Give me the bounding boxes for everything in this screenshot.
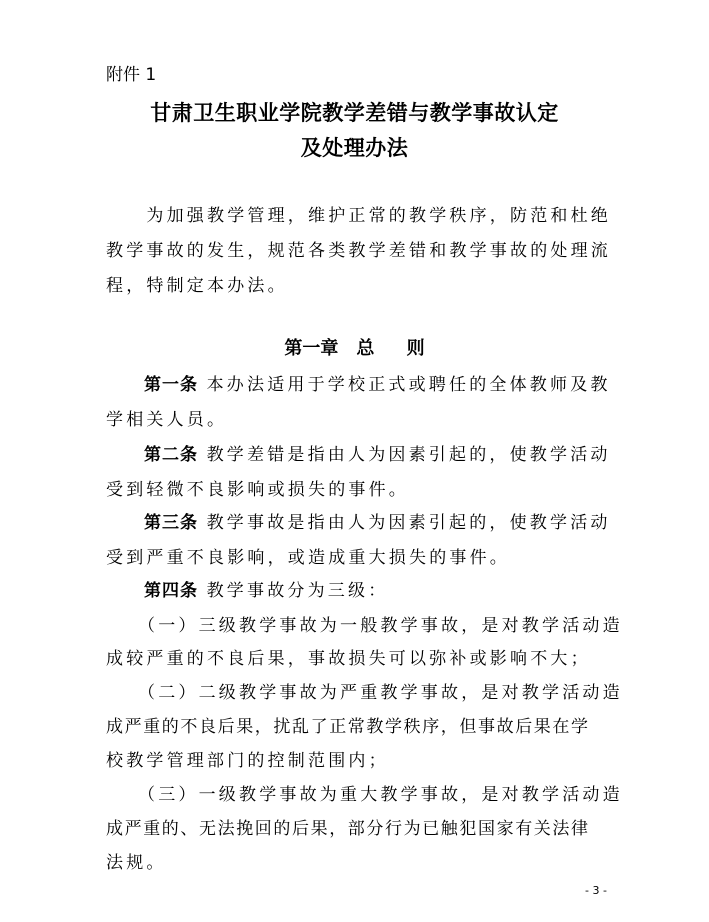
article-label: 第二条	[144, 445, 198, 465]
article-text: 受到轻微不良影响或损失的事件。	[106, 475, 409, 500]
article-3: 第三条 教学事故是指由人为因素引起的，使教学活动	[144, 508, 611, 533]
item-1: （一）三级教学事故为一般教学事故，是对教学活动造	[138, 611, 623, 636]
article-text: 受到严重不良影响，或造成重大损失的事件。	[106, 543, 510, 568]
item-text: 成较严重的不良后果，事故损失可以弥补或影响不大；	[106, 644, 591, 669]
item-text: 法规。	[106, 848, 167, 873]
article-1: 第一条 本办法适用于学校正式或聘任的全体教师及教	[144, 370, 611, 395]
document-page: 附件 1 甘肃卫生职业学院教学差错与教学事故认定 及处理办法 为加强教学管理，维…	[0, 0, 709, 922]
preamble-line: 为加强教学管理，维护正常的教学秩序，防范和杜绝	[106, 201, 611, 226]
attachment-label: 附件 1	[106, 60, 156, 85]
article-label: 第四条	[144, 581, 198, 601]
chapter-heading: 第一章 总 则	[0, 334, 709, 360]
article-text: 学相关人员。	[106, 405, 227, 430]
article-label: 第三条	[144, 513, 198, 533]
preamble-line: 教学事故的发生，规范各类教学差错和教学事故的处理流	[106, 236, 611, 261]
item-text: 成严重的不良后果，扰乱了正常教学秩序，但事故后果在学	[106, 712, 590, 737]
article-4: 第四条 教学事故分为三级：	[144, 576, 388, 601]
document-title-line1: 甘肃卫生职业学院教学差错与教学事故认定	[0, 97, 709, 127]
preamble-line: 程，特制定本办法。	[106, 271, 288, 296]
document-title-line2: 及处理办法	[0, 132, 709, 162]
article-2: 第二条 教学差错是指由人为因素引起的，使教学活动	[144, 440, 611, 465]
item-text: 校教学管理部门的控制范围内；	[106, 746, 389, 771]
item-2: （二）二级教学事故为严重教学事故，是对教学活动造	[138, 678, 623, 703]
page-number: - 3 -	[585, 884, 607, 897]
article-label: 第一条	[144, 375, 198, 395]
item-3: （三）一级教学事故为重大教学事故，是对教学活动造	[138, 780, 623, 805]
item-text: 成严重的、无法挽回的后果，部分行为已触犯国家有关法律	[106, 814, 590, 839]
